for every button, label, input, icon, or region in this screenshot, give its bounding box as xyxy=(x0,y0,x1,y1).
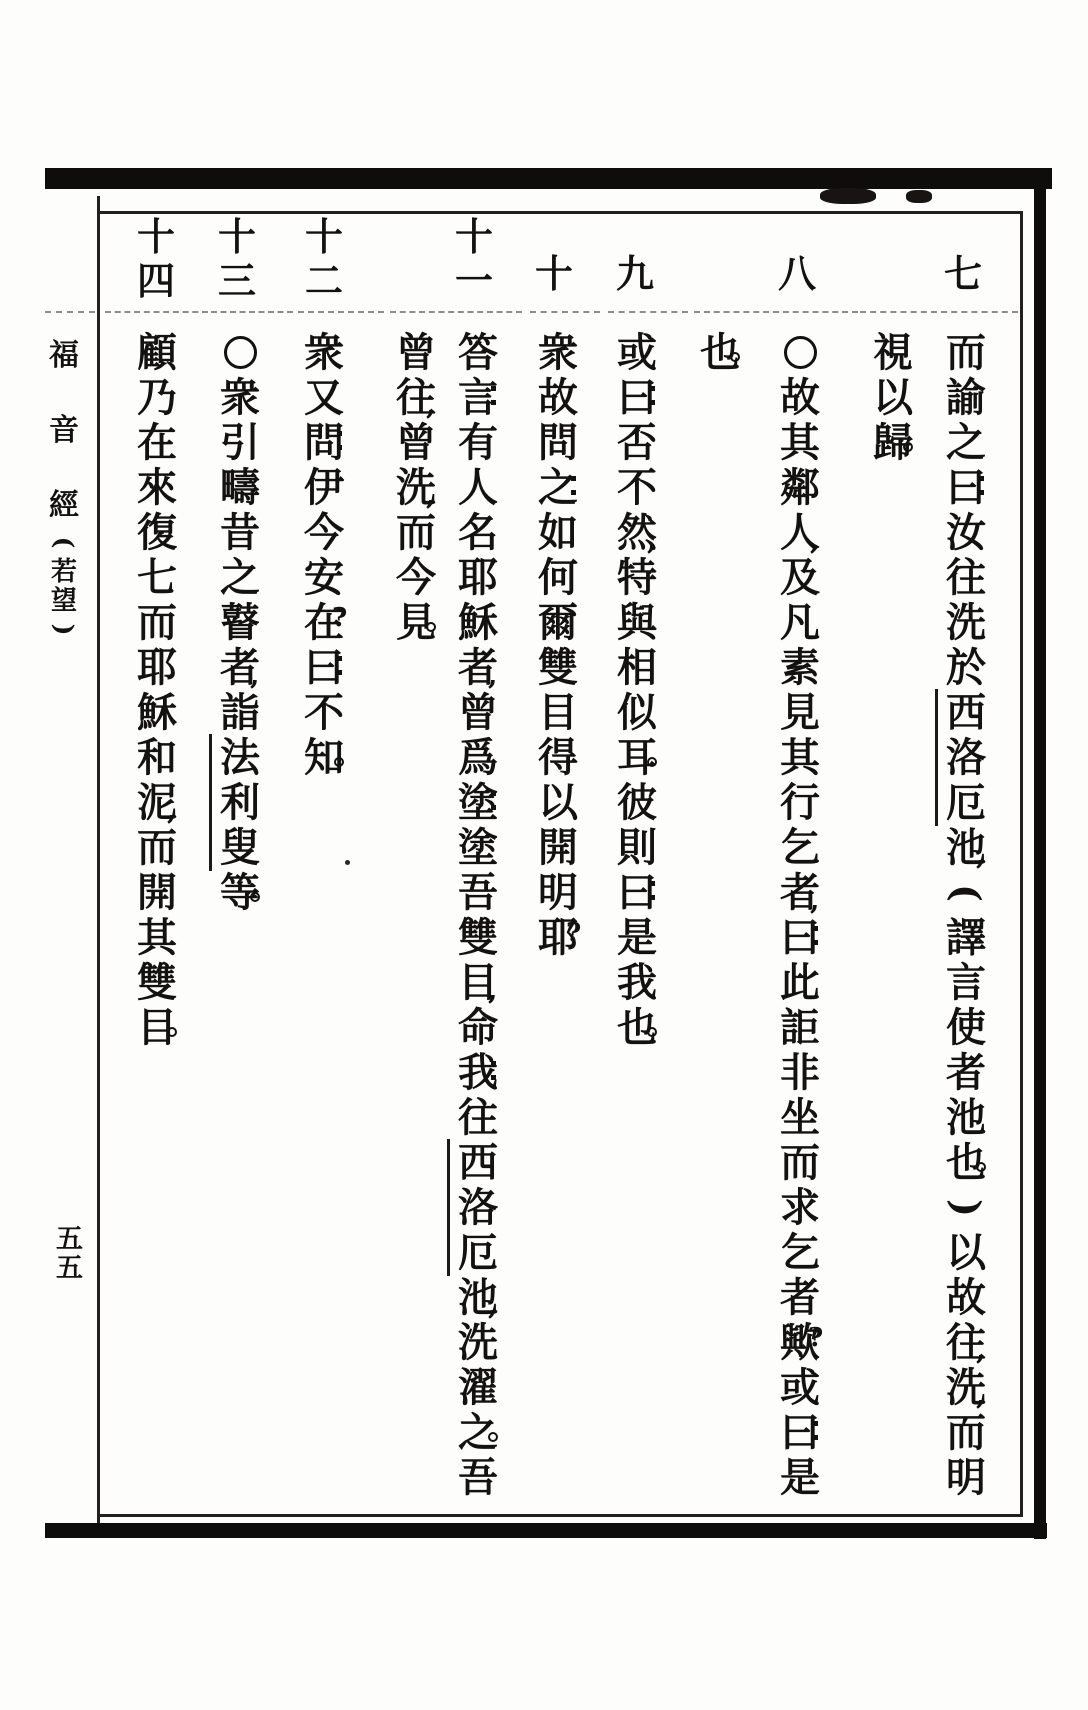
han-char: 池, xyxy=(455,1275,501,1320)
verse-13-number-rule xyxy=(211,311,293,313)
verse-start-ring xyxy=(777,330,823,375)
comma-mark: , xyxy=(647,527,656,554)
verse-9-text-col-1: 或曰否不然,特與相似耳彼則曰是我也 xyxy=(614,330,660,1050)
verse-10-text-col-1: 衆故問之如何爾雙目得以開明耶? xyxy=(535,330,581,960)
han-char: 詎 xyxy=(777,1005,823,1050)
han-char: 八 xyxy=(774,252,820,296)
han-char: 也 xyxy=(697,330,743,375)
han-char: 在 xyxy=(134,420,180,465)
han-char: 法 xyxy=(217,735,263,780)
han-char: 乃 xyxy=(134,375,180,420)
verse-7-number: 七 xyxy=(940,252,986,296)
han-char: 故 xyxy=(943,1275,989,1320)
han-char: 曾 xyxy=(393,420,439,465)
han-char: 目, xyxy=(455,960,501,1005)
han-char: 人, xyxy=(777,510,823,555)
han-char: 其 xyxy=(777,735,823,780)
han-char: 十 xyxy=(451,215,497,259)
han-char: 三 xyxy=(214,259,260,303)
han-char: 非 xyxy=(777,1050,823,1095)
han-char: 者, xyxy=(217,645,263,690)
han-char: 目 xyxy=(535,690,581,735)
han-char: 而 xyxy=(943,330,989,375)
verse-10-number: 十 xyxy=(531,252,577,296)
han-char: 明 xyxy=(943,1455,989,1500)
han-char: 曰 xyxy=(301,645,347,690)
han-char: 塗 xyxy=(455,825,501,870)
han-char: 鄰 xyxy=(777,465,823,510)
han-char: 言 xyxy=(943,960,989,1005)
han-char: 耶? xyxy=(535,915,581,960)
han-char: 以 xyxy=(870,375,916,420)
period-mark xyxy=(647,757,657,767)
han-char: 目 xyxy=(134,1005,180,1050)
han-char: 穌 xyxy=(134,690,180,735)
han-char: 似 xyxy=(614,690,660,735)
question-mark: ? xyxy=(808,1325,823,1351)
han-char: 乞 xyxy=(777,1230,823,1275)
verse-8-number: 八 xyxy=(774,252,820,296)
comma-mark: , xyxy=(250,662,259,689)
han-char: 何 xyxy=(535,555,581,600)
han-char: 而 xyxy=(134,825,180,870)
han-char: 以 xyxy=(535,780,581,825)
han-char: 也 xyxy=(943,1140,989,1185)
colon-mark xyxy=(491,1061,496,1080)
han-char: 或 xyxy=(777,1365,823,1410)
han-char: 特 xyxy=(614,555,660,600)
ring-icon xyxy=(224,336,257,369)
han-char: 於 xyxy=(943,645,989,690)
verse-text-area: 七而諭之曰汝往洗於西洛厄池,(譯言使者池也)以故往,洗,而明視以歸八故其鄰人,及… xyxy=(0,0,1088,1710)
period-mark xyxy=(488,1432,498,1442)
han-char: 顧 xyxy=(134,330,180,375)
han-char: 穌 xyxy=(455,600,501,645)
verse-start-ring xyxy=(217,330,263,375)
han-char: 明 xyxy=(535,870,581,915)
han-char: 爲 xyxy=(455,735,501,780)
han-char: 之 xyxy=(535,465,581,510)
han-char: 名 xyxy=(455,510,501,555)
han-char: 叟 xyxy=(217,825,263,870)
han-char: 視 xyxy=(870,330,916,375)
verse-7-text-col-2: 視以歸 xyxy=(870,330,916,465)
han-char: 汝 xyxy=(943,510,989,555)
han-char: 而 xyxy=(393,510,439,555)
colon-mark xyxy=(337,656,342,675)
han-char: 得 xyxy=(535,735,581,780)
verse-12-number: 十二 xyxy=(301,215,347,303)
han-char: 洛 xyxy=(943,735,989,780)
han-char: 故 xyxy=(777,375,823,420)
han-char: 利 xyxy=(217,780,263,825)
verse-7-text-col-1: 而諭之曰汝往洗於西洛厄池,(譯言使者池也)以故往,洗,而明 xyxy=(943,330,989,1500)
han-char: 有 xyxy=(455,420,501,465)
han-char: 二 xyxy=(301,259,347,303)
vertical-paren: ) xyxy=(943,1185,989,1230)
comma-mark: , xyxy=(976,1382,985,1409)
period-mark xyxy=(334,757,344,767)
colon-mark xyxy=(650,386,655,405)
han-char: 其 xyxy=(134,915,180,960)
han-char: 詣 xyxy=(217,690,263,735)
han-char: 之 xyxy=(217,555,263,600)
han-char: 耶 xyxy=(455,555,501,600)
colon-mark xyxy=(337,431,342,450)
han-char: 洗, xyxy=(393,465,439,510)
han-char: 凡 xyxy=(777,600,823,645)
comma-mark: , xyxy=(426,392,435,419)
period-mark xyxy=(730,352,740,362)
colon-mark xyxy=(491,386,496,405)
han-char: 往, xyxy=(943,1320,989,1365)
han-char: 是 xyxy=(614,915,660,960)
han-char: 厄 xyxy=(943,780,989,825)
comma-mark: , xyxy=(488,662,497,689)
han-char: 雙 xyxy=(455,915,501,960)
han-char: 而 xyxy=(777,1140,823,1185)
han-char: 開 xyxy=(134,870,180,915)
han-char: 九 xyxy=(612,252,658,296)
han-char: 衆 xyxy=(535,330,581,375)
ring-icon xyxy=(784,336,817,369)
colon-mark xyxy=(650,881,655,900)
verse-14-text-col-1: 顧乃在來復七而耶穌和泥,而開其雙目 xyxy=(134,330,180,1050)
han-char: 見 xyxy=(777,690,823,735)
han-char: 者 xyxy=(777,1275,823,1320)
han-char: 往 xyxy=(943,555,989,600)
han-char: 在? xyxy=(301,600,347,645)
han-char: 之 xyxy=(455,1410,501,1455)
han-char: 其 xyxy=(777,420,823,465)
han-char: 人 xyxy=(455,465,501,510)
han-char: 瞽 xyxy=(217,600,263,645)
vertical-paren: ( xyxy=(943,870,989,915)
han-char: 等 xyxy=(217,870,263,915)
han-char: 洗, xyxy=(943,1365,989,1410)
han-char: 泥, xyxy=(134,780,180,825)
verse-12-number-rule xyxy=(298,311,384,313)
han-char: 今 xyxy=(393,555,439,600)
han-char: 往 xyxy=(455,1095,501,1140)
han-char: 曰 xyxy=(614,375,660,420)
han-char: 言 xyxy=(455,375,501,420)
comma-mark: , xyxy=(976,842,985,869)
han-char: 吾 xyxy=(455,1455,501,1500)
han-char: 見 xyxy=(393,600,439,645)
han-char: 濯 xyxy=(455,1365,501,1410)
han-char: 此 xyxy=(777,960,823,1005)
han-char: 耳 xyxy=(614,735,660,780)
han-char: 命 xyxy=(455,1005,501,1050)
han-char: 歸 xyxy=(870,420,916,465)
period-mark xyxy=(903,442,913,452)
verse-11-number-rule xyxy=(390,311,522,313)
han-char: 今 xyxy=(301,510,347,555)
han-char: 素 xyxy=(777,645,823,690)
verse-8-number-rule xyxy=(694,311,858,313)
han-char: 不 xyxy=(301,690,347,735)
han-char: 答 xyxy=(455,330,501,375)
han-char: 問 xyxy=(301,420,347,465)
han-char: 雙 xyxy=(535,645,581,690)
han-char: 復 xyxy=(134,510,180,555)
verse-11-text-col-1: 答言有人名耶穌者,曾爲塗塗吾雙目,命我往西洛厄池,洗濯之吾 xyxy=(455,330,501,1500)
han-char: 彼 xyxy=(614,780,660,825)
han-char: 往, xyxy=(393,375,439,420)
han-char: 十 xyxy=(531,252,577,296)
han-char: 引 xyxy=(217,420,263,465)
han-char: 曾 xyxy=(455,690,501,735)
han-char: 又 xyxy=(301,375,347,420)
han-char: 七 xyxy=(134,555,180,600)
han-char: 池 xyxy=(943,1095,989,1140)
colon-mark xyxy=(571,476,576,495)
han-char: 我 xyxy=(614,960,660,1005)
han-char: 問 xyxy=(535,420,581,465)
book-page-scan: 福音經(若望) 五五 七而諭之曰汝往洗於西洛厄池,(譯言使者池也)以故往,洗,而… xyxy=(0,0,1088,1710)
han-char: 或 xyxy=(614,330,660,375)
verse-11-text-col-2: 曾往,曾洗,而今見 xyxy=(393,330,439,645)
han-char: 疇 xyxy=(217,465,263,510)
verse-9-number: 九 xyxy=(612,252,658,296)
verse-12-text-col-1: 衆又問伊今安在?曰不知 xyxy=(301,330,347,780)
comma-mark: , xyxy=(810,887,819,914)
question-mark: ? xyxy=(566,920,581,946)
han-char: 之 xyxy=(943,420,989,465)
han-char: 洛 xyxy=(455,1185,501,1230)
han-char: 及 xyxy=(777,555,823,600)
verse-13-number: 十三 xyxy=(214,215,260,303)
han-char: 不 xyxy=(614,465,660,510)
han-char: 衆 xyxy=(301,330,347,375)
comma-mark: , xyxy=(810,527,819,554)
han-char: 諭 xyxy=(943,375,989,420)
question-mark: ? xyxy=(332,605,347,631)
han-char: 四 xyxy=(133,259,179,303)
verse-9-number-rule xyxy=(608,311,688,313)
han-char: 西 xyxy=(455,1140,501,1185)
han-char: 行 xyxy=(777,780,823,825)
han-char: 相 xyxy=(614,645,660,690)
comma-mark: , xyxy=(488,977,497,1004)
period-mark xyxy=(976,1162,986,1172)
han-char: 是 xyxy=(777,1455,823,1500)
han-char: 安 xyxy=(301,555,347,600)
period-mark xyxy=(167,1027,177,1037)
han-char: 伊 xyxy=(301,465,347,510)
verse-14-number-rule xyxy=(105,311,208,313)
han-char: 否 xyxy=(614,420,660,465)
comma-mark: , xyxy=(426,482,435,509)
han-char: 者, xyxy=(777,870,823,915)
han-char: 洗 xyxy=(943,600,989,645)
han-char: 乞 xyxy=(777,825,823,870)
han-char: 坐 xyxy=(777,1095,823,1140)
verse-8-text-col-2: 也 xyxy=(697,330,743,375)
verse-13-text-col-1: 衆引疇昔之瞽者,詣法利叟等 xyxy=(217,330,263,915)
han-char: 以 xyxy=(943,1230,989,1275)
han-char: 和 xyxy=(134,735,180,780)
han-char: 則 xyxy=(614,825,660,870)
han-char: 耶 xyxy=(134,645,180,690)
han-char: 曰 xyxy=(777,1410,823,1455)
han-char: 歟? xyxy=(777,1320,823,1365)
han-char: 十 xyxy=(214,215,260,259)
han-char: 曾 xyxy=(393,330,439,375)
han-char: 我 xyxy=(455,1050,501,1095)
han-char: 雙 xyxy=(134,960,180,1005)
han-char: 吾 xyxy=(455,870,501,915)
han-char: 而 xyxy=(134,600,180,645)
han-char: 求 xyxy=(777,1185,823,1230)
han-char: 開 xyxy=(535,825,581,870)
colon-mark xyxy=(491,791,496,810)
han-char: 池, xyxy=(943,825,989,870)
verse-10-number-rule xyxy=(530,311,600,313)
han-char: 譯 xyxy=(943,915,989,960)
han-char: 厄 xyxy=(455,1230,501,1275)
verse-11-number: 十一 xyxy=(451,215,497,303)
han-char: 與 xyxy=(614,600,660,645)
han-char: 使 xyxy=(943,1005,989,1050)
han-char: 十 xyxy=(133,215,179,259)
han-char: 昔 xyxy=(217,510,263,555)
colon-mark xyxy=(813,1421,818,1440)
verse-14-number: 十四 xyxy=(133,215,179,303)
han-char: 塗 xyxy=(455,780,501,825)
han-char: 曰 xyxy=(614,870,660,915)
period-mark xyxy=(250,892,260,902)
han-char: 西 xyxy=(943,690,989,735)
han-char: 曰 xyxy=(943,465,989,510)
han-char: 曰 xyxy=(777,915,823,960)
period-mark xyxy=(426,622,436,632)
han-char: 洗 xyxy=(455,1320,501,1365)
han-char: 如 xyxy=(535,510,581,555)
han-char: 七 xyxy=(940,252,986,296)
period-mark xyxy=(647,1027,657,1037)
han-char: 一 xyxy=(451,259,497,303)
han-char: 故 xyxy=(535,375,581,420)
han-char: 衆 xyxy=(217,375,263,420)
han-char: 而 xyxy=(943,1410,989,1455)
han-char: 也 xyxy=(614,1005,660,1050)
verse-7-number-rule xyxy=(860,311,1018,313)
colon-mark xyxy=(813,926,818,945)
han-char: 爾 xyxy=(535,600,581,645)
comma-mark: , xyxy=(976,1337,985,1364)
han-char: 知 xyxy=(301,735,347,780)
han-char: 來 xyxy=(134,465,180,510)
han-char: 然, xyxy=(614,510,660,555)
colon-mark xyxy=(979,476,984,495)
verse-8-text-col-1: 故其鄰人,及凡素見其行乞者,曰此詎非坐而求乞者歟?或曰是 xyxy=(777,330,823,1500)
comma-mark: , xyxy=(167,797,176,824)
han-char: 者 xyxy=(943,1050,989,1095)
han-char: 者, xyxy=(455,645,501,690)
comma-mark: , xyxy=(488,1292,497,1319)
han-char: 十 xyxy=(301,215,347,259)
